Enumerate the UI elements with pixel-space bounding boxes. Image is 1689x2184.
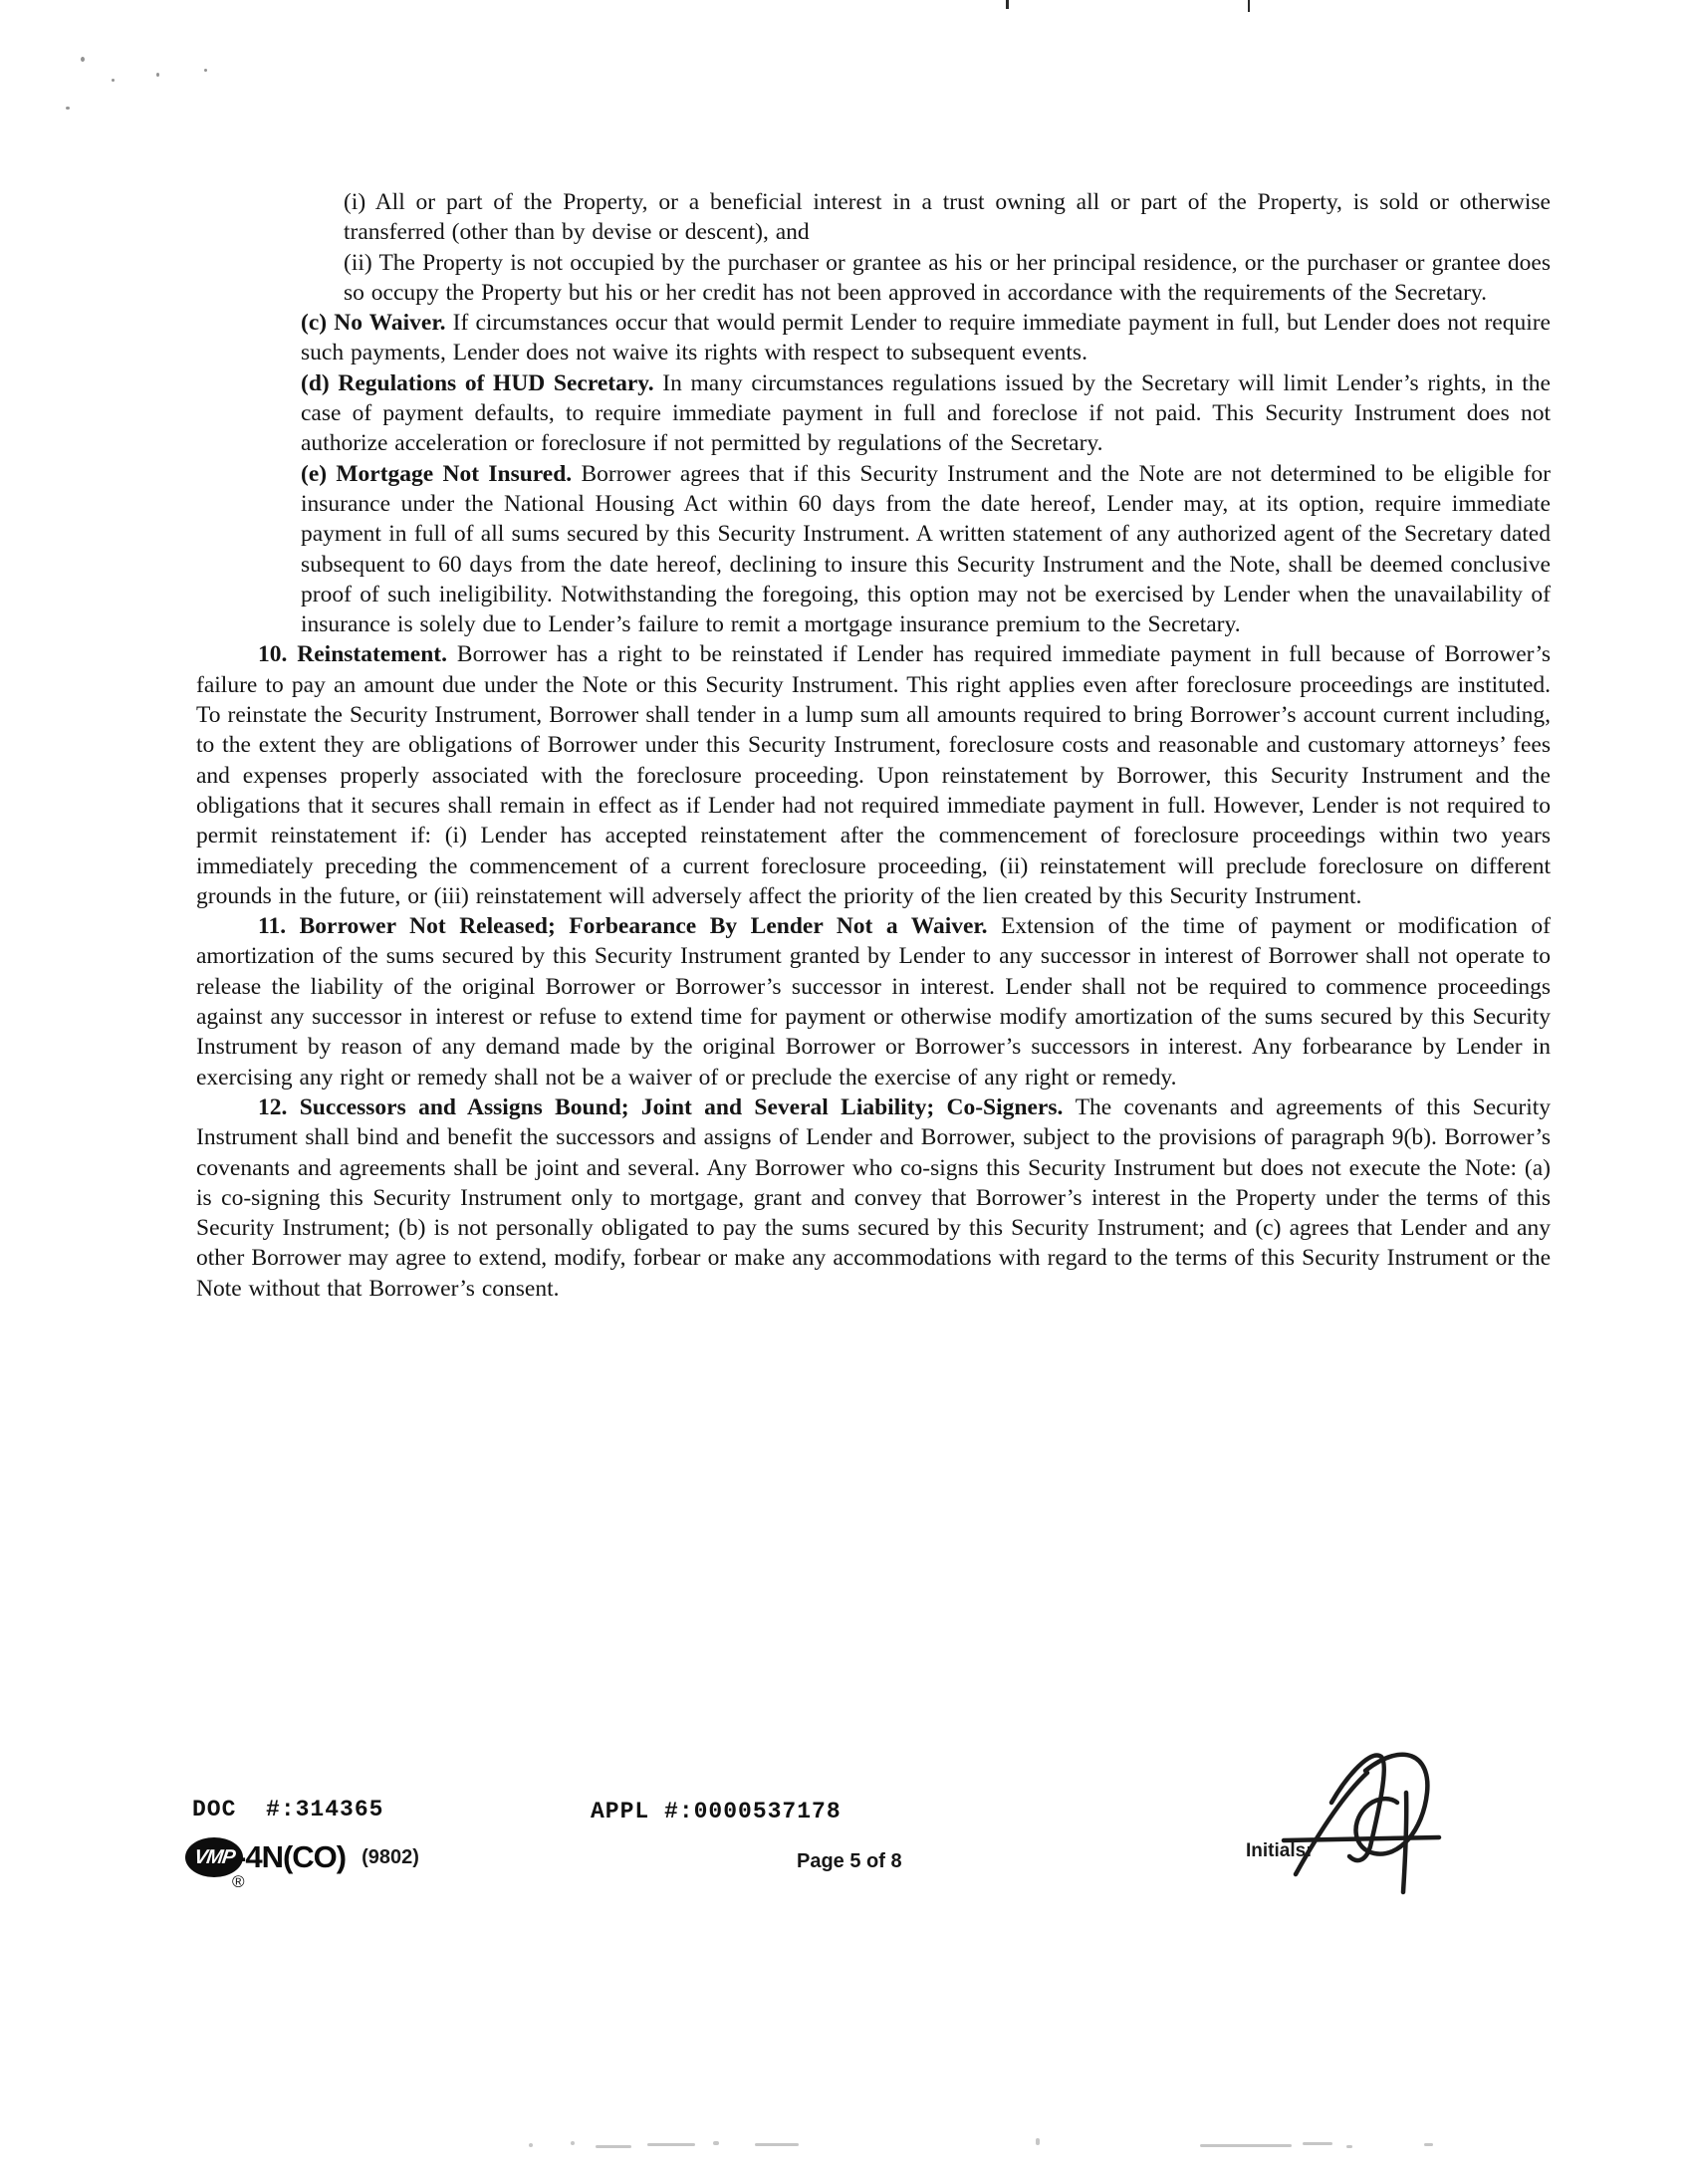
vmp-logo-text: VMP: [192, 1846, 236, 1869]
paragraph-text: The Property is not occupied by the purc…: [344, 250, 1551, 306]
paragraph-heading: (ii): [344, 250, 378, 276]
scan-speckle: [1200, 2144, 1292, 2147]
document-body: (i) All or part of the Property, or a be…: [0, 0, 1689, 1304]
paragraph-heading: (c) No Waiver.: [301, 310, 453, 336]
paragraph-text: The covenants and agreements of this Sec…: [196, 1094, 1551, 1302]
document-page: (i) All or part of the Property, or a be…: [0, 0, 1689, 2184]
scan-speckle: [1036, 2138, 1040, 2145]
scan-speckle: [112, 79, 115, 82]
paragraph-text: If circumstances occur that would permit…: [301, 310, 1551, 365]
handwritten-initials-signature: [1278, 1741, 1452, 1905]
doc-number: DOC #:314365: [192, 1797, 383, 1822]
scan-speckle: [647, 2143, 695, 2146]
document-paragraph: 11. Borrower Not Released; Forbearance B…: [196, 911, 1551, 1092]
paragraph-text: Borrower has a right to be reinstated if…: [196, 641, 1551, 908]
paragraph-text: Extension of the time of payment or modi…: [196, 913, 1551, 1090]
document-paragraph: 10. Reinstatement. Borrower has a right …: [196, 639, 1551, 911]
scan-speckle: [571, 2141, 575, 2145]
scan-speckle: [596, 2145, 631, 2148]
paragraph-heading: (e) Mortgage Not Insured.: [301, 461, 581, 487]
document-paragraph: (i) All or part of the Property, or a be…: [344, 187, 1551, 248]
paragraph-heading: 10. Reinstatement.: [258, 641, 457, 667]
document-paragraph: (ii) The Property is not occupied by the…: [344, 248, 1551, 309]
form-revision: (9802): [362, 1846, 419, 1869]
scan-tick-mark: [1006, 0, 1009, 9]
paragraph-text: Borrower agrees that if this Security In…: [301, 461, 1551, 637]
paragraph-heading: (d) Regulations of HUD Secretary.: [301, 370, 662, 396]
document-paragraph: (d) Regulations of HUD Secretary. In man…: [301, 368, 1551, 459]
document-paragraph: (c) No Waiver. If circumstances occur th…: [301, 308, 1551, 368]
document-paragraph: 12. Successors and Assigns Bound; Joint …: [196, 1092, 1551, 1304]
vmp-logo-icon: VMP: [185, 1837, 243, 1877]
scan-speckle: [755, 2143, 799, 2146]
scan-speckle: [66, 107, 70, 110]
scan-speckle: [713, 2141, 719, 2145]
document-paragraph: (e) Mortgage Not Insured. Borrower agree…: [301, 459, 1551, 640]
scan-speckle: [204, 69, 207, 72]
vmp-form-stamp: VMP -4N(CO) (9802): [185, 1837, 419, 1877]
scan-tick-mark: [1248, 0, 1250, 12]
page-indicator: Page 5 of 8: [797, 1850, 902, 1873]
paragraph-heading: 11. Borrower Not Released; Forbearance B…: [258, 913, 1001, 939]
scan-speckle: [1424, 2143, 1433, 2146]
scan-speckle: [529, 2143, 533, 2147]
registered-trademark-icon: ®: [232, 1872, 245, 1892]
scan-speckle: [1346, 2145, 1352, 2148]
paragraph-heading: (i): [344, 189, 375, 215]
appl-number: APPL #:0000537178: [591, 1799, 842, 1824]
scan-speckle: [81, 57, 85, 62]
paragraph-text: All or part of the Property, or a benefi…: [344, 189, 1551, 245]
scan-speckle: [1303, 2142, 1332, 2145]
paragraph-heading: 12. Successors and Assigns Bound; Joint …: [258, 1094, 1076, 1120]
form-code: -4N(CO): [236, 1839, 346, 1875]
scan-speckle: [156, 73, 159, 77]
